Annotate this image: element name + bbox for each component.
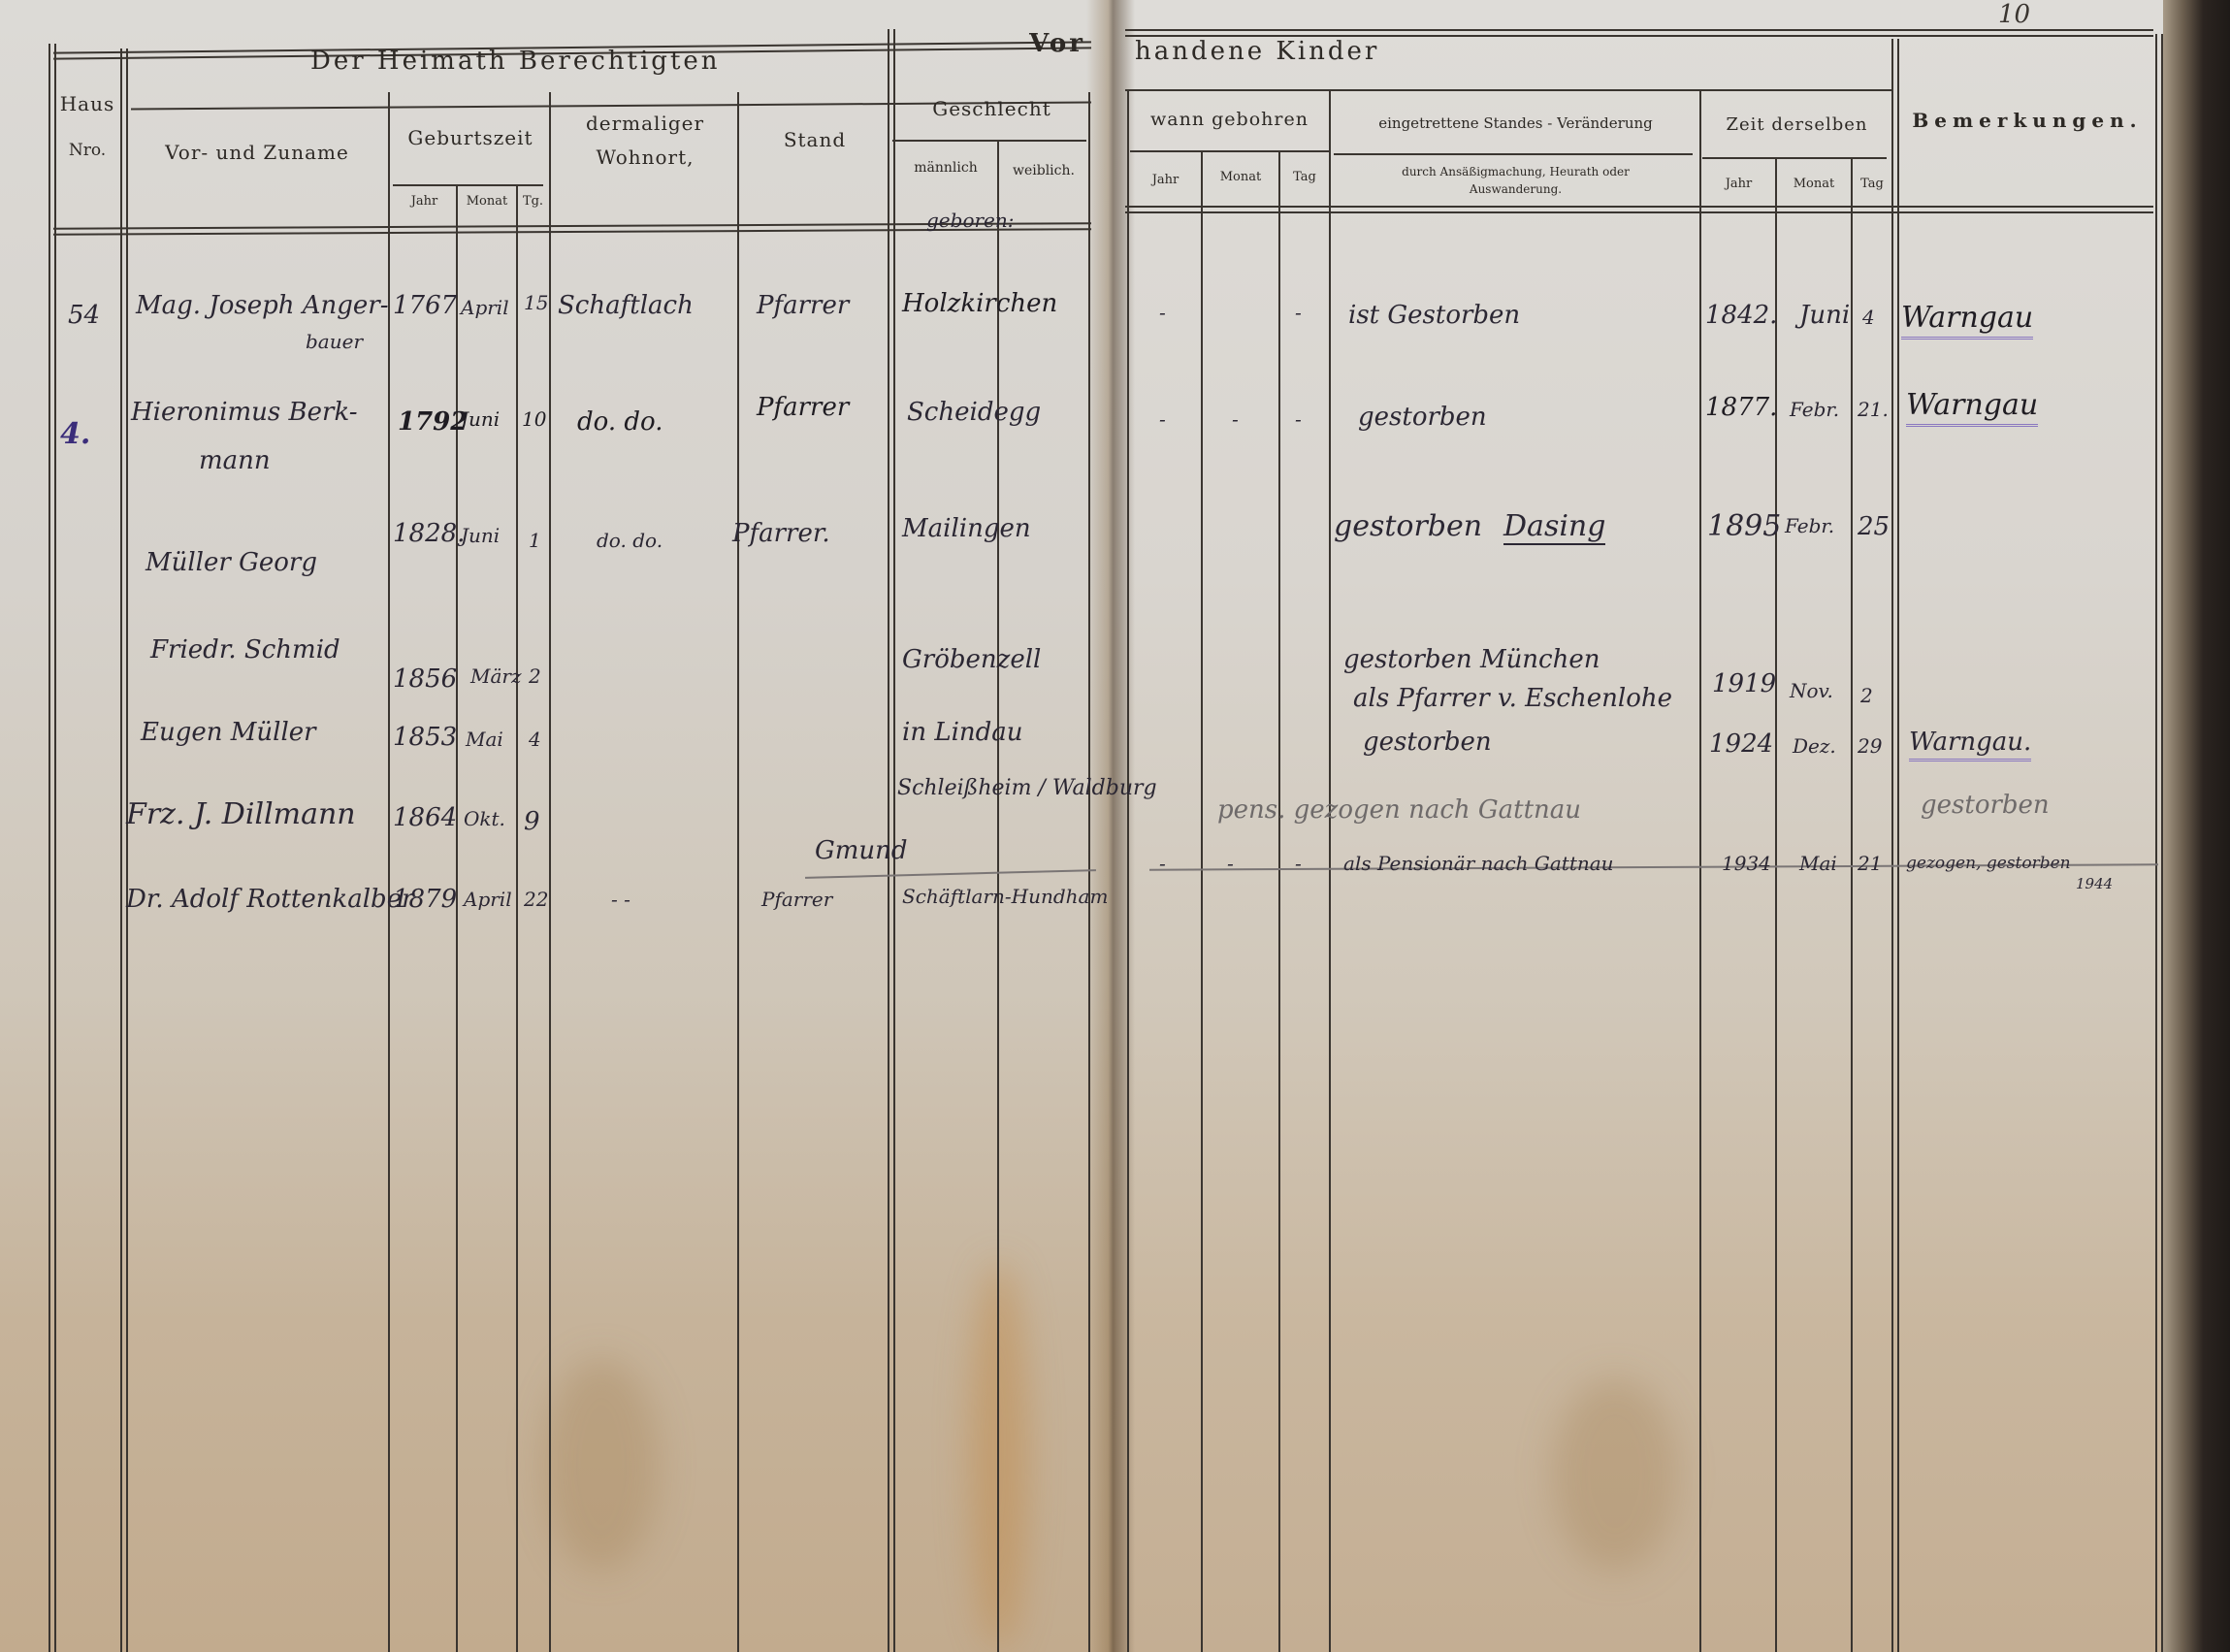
cell-name: Frz. J. Dillmann xyxy=(126,797,356,831)
cell-jahr: 1767 xyxy=(393,291,457,320)
header-haus: Haus xyxy=(53,92,121,115)
rule-v-tag xyxy=(549,92,551,1652)
rule-v-wg-monat xyxy=(1278,150,1280,1652)
cell-veraenderung: gestorben xyxy=(1358,403,1487,432)
header-geb-jahr: Jahr xyxy=(393,194,456,209)
cell-tag: 1 xyxy=(529,529,541,552)
rule-v-wohnort xyxy=(737,92,739,1652)
cell-veraenderung: gestorben xyxy=(1334,509,1482,543)
cell-monat: Mai xyxy=(466,728,503,751)
header-weiblich: weiblich. xyxy=(999,163,1088,178)
cell-bemerkung: gestorben xyxy=(1921,791,2050,820)
stain xyxy=(970,1261,1028,1649)
header-stand: Stand xyxy=(742,128,888,151)
rule-v-veraenderung xyxy=(1699,89,1701,1652)
cell-tag: 22 xyxy=(524,888,548,911)
cell-zeit-tag: 2 xyxy=(1860,684,1873,707)
header-zd-tag: Tag xyxy=(1853,177,1891,191)
cell-jahr: 1879 xyxy=(393,885,457,914)
header-geb-monat: Monat xyxy=(458,194,516,209)
rule-v-right-border xyxy=(1127,89,1129,1652)
header-zd-jahr: Jahr xyxy=(1702,177,1775,191)
cell-stand: Pfarrer xyxy=(761,888,832,911)
cell-wann-monat: - xyxy=(1227,852,1234,875)
cell-haus-nro: 4. xyxy=(60,417,90,451)
header-geschlecht: Geschlecht xyxy=(897,97,1086,120)
cell-monat: Juni xyxy=(461,407,500,431)
rule-wann xyxy=(1130,150,1329,152)
cell-stand: Pfarrer xyxy=(757,393,849,422)
cell-wann-tag: - xyxy=(1295,852,1302,875)
rule-v-zd-jahr xyxy=(1775,157,1777,1652)
cell-wann-monat: - xyxy=(1232,407,1239,431)
cell-name: Eugen Müller xyxy=(141,718,316,747)
header-standes-veraenderung: eingetrettene Standes - Veränderung xyxy=(1334,114,1697,132)
header-nro: Nro. xyxy=(53,141,121,160)
cell-stand: Pfarrer. xyxy=(732,519,830,548)
cell-tag: 10 xyxy=(522,407,546,431)
cell-veraenderung-line2: als Pfarrer v. Eschenlohe xyxy=(1353,684,1672,713)
header-wann-gebohren: wann gebohren xyxy=(1130,109,1329,130)
cell-geschlecht: Schleißheim / Waldburg xyxy=(897,776,1157,800)
cell-haus-nro: 54 xyxy=(68,301,100,330)
rule-v-border-left xyxy=(48,44,50,1652)
cell-jahr: 1864 xyxy=(393,803,457,832)
cell-wann-jahr: - xyxy=(1159,301,1166,324)
rule-zeit xyxy=(1702,157,1887,159)
cell-name-line2: mann xyxy=(199,446,271,475)
cell-zeit-jahr: 1924 xyxy=(1709,729,1773,759)
cell-geschlecht: Holzkirchen xyxy=(902,289,1057,318)
rule-v-jahr xyxy=(456,184,458,1652)
cell-zeit-jahr: 1934 xyxy=(1722,852,1771,875)
cell-jahr: 1856 xyxy=(393,664,457,694)
header-name: Vor- und Zuname xyxy=(126,141,388,164)
cell-monat: April xyxy=(461,296,509,319)
rule-v-weiblich xyxy=(1088,92,1090,1652)
stain xyxy=(1552,1377,1678,1571)
book-right-edge xyxy=(2163,0,2230,1652)
rule-top-right xyxy=(1125,29,2153,31)
cell-tag: 4 xyxy=(529,728,541,751)
cell-zeit-jahr: 1877. xyxy=(1705,393,1777,422)
header-geb-tag: Tg. xyxy=(517,194,549,209)
cell-wann-jahr: - xyxy=(1159,852,1166,875)
cell-zeit-monat: Febr. xyxy=(1790,398,1839,421)
cell-name: Hieronimus Berk- xyxy=(131,398,358,427)
rule-v-name xyxy=(388,92,390,1652)
cell-name: Dr. Adolf Rottenkalber xyxy=(126,885,414,914)
cell-geschlecht: Scheidegg xyxy=(907,398,1041,427)
cell-tag: 15 xyxy=(524,291,548,314)
cell-zeit-jahr: 1895 xyxy=(1707,509,1781,543)
header-handene-kinder: handene Kinder xyxy=(1135,37,1348,66)
rule-geschlecht xyxy=(892,140,1086,142)
cell-wohnort: do. do. xyxy=(597,529,663,552)
header-auswanderung: Auswanderung. xyxy=(1334,182,1697,196)
rule-v-haus xyxy=(120,49,122,1652)
header-dermaliger: dermaliger xyxy=(553,112,737,135)
cell-veraenderung-line1: gestorben München xyxy=(1343,645,1600,674)
cell-zeit-jahr: 1842. xyxy=(1705,301,1777,330)
cell-zeit-monat: Febr. xyxy=(1785,514,1834,537)
cell-geschlecht: Schäftlarn-Hundham xyxy=(902,885,1108,908)
stain xyxy=(543,1358,660,1571)
cell-geschlecht: Mailingen xyxy=(902,514,1031,543)
cell-stand: Gmund xyxy=(815,836,908,865)
page-number: 10 xyxy=(1998,0,2030,29)
cell-zeit-tag: 21. xyxy=(1858,398,1889,421)
cell-name: Müller Georg xyxy=(145,548,317,577)
header-zeit-derselben: Zeit derselben xyxy=(1702,114,1891,135)
header-wg-monat: Monat xyxy=(1203,170,1278,184)
cell-jahr: 1853 xyxy=(393,723,457,752)
rule-v-zd-monat xyxy=(1851,157,1853,1652)
cell-wann-tag: - xyxy=(1295,407,1302,431)
cell-tag: 2 xyxy=(529,664,541,688)
cell-monat: Okt. xyxy=(464,807,505,830)
header-wohnort: Wohnort, xyxy=(553,146,737,169)
cell-monat: März xyxy=(470,664,522,688)
cell-name: Friedr. Schmid xyxy=(150,635,340,664)
rule-v-wg-tag xyxy=(1329,89,1331,1652)
cell-wohnort: do. do. xyxy=(577,407,663,437)
cell-name: Mag. Joseph Anger- xyxy=(136,291,389,320)
cell-bemerkung: gezogen, gestorben xyxy=(1906,854,2071,873)
rule-geburtszeit xyxy=(393,184,543,186)
rule-v-border-right xyxy=(2155,34,2157,1652)
cell-geschlecht: in Lindau xyxy=(902,718,1023,747)
header-maennlich: männlich xyxy=(897,160,994,176)
cell-geschlecht: Gröbenzell xyxy=(902,645,1041,674)
cell-name-line2: bauer xyxy=(306,330,363,353)
header-wg-tag: Tag xyxy=(1280,170,1329,184)
rule-subheader-right xyxy=(1125,89,1891,91)
cell-veraenderung: pens. gezogen nach Gattnau xyxy=(1217,795,1581,825)
cell-zeit-tag: 4 xyxy=(1862,306,1875,329)
rule-veraenderung xyxy=(1334,153,1693,155)
cell-zeit-monat: Juni xyxy=(1799,301,1850,330)
cell-zeit-jahr: 1919 xyxy=(1712,669,1776,698)
cell-bemerkung-year: 1944 xyxy=(2076,875,2113,892)
header-durch: durch Ansäßigmachung, Heurath oder xyxy=(1334,165,1697,178)
cell-tag: 9 xyxy=(524,807,540,836)
cell-jahr: 1792 xyxy=(398,407,468,437)
cell-zeit-tag: 21 xyxy=(1858,852,1882,875)
cell-veraenderung: gestorben xyxy=(1363,728,1492,757)
cell-bemerkung: Warngau. xyxy=(1909,728,2031,761)
header-heimath-berechtigten: Der Heimath Berechtigten xyxy=(310,47,698,76)
cell-zeit-tag: 25 xyxy=(1858,512,1890,541)
header-zd-monat: Monat xyxy=(1777,177,1851,191)
cell-zeit-monat: Dez. xyxy=(1793,734,1836,758)
cell-wohnort: - - xyxy=(611,888,630,911)
header-wg-jahr: Jahr xyxy=(1130,173,1201,187)
cell-veraenderung: als Pensionär nach Gattnau xyxy=(1343,852,1614,875)
header-vor: Vor xyxy=(1009,29,1106,58)
cell-wann-tag: - xyxy=(1295,301,1302,324)
cell-wann-jahr: - xyxy=(1159,407,1166,431)
rule-v-wg-jahr xyxy=(1201,150,1203,1652)
cell-bemerkung: Warngau xyxy=(1901,301,2033,340)
cell-jahr: 1828. xyxy=(393,519,465,548)
cell-wohnort: Schaftlach xyxy=(558,291,694,320)
cell-veraenderung-place: Dasing xyxy=(1503,509,1605,545)
cell-monat: April xyxy=(464,888,512,911)
rule-v-zeit xyxy=(1891,39,1893,1652)
cell-stand: Pfarrer xyxy=(757,291,849,320)
cell-zeit-tag: 29 xyxy=(1858,734,1882,758)
header-geburtszeit: Geburtszeit xyxy=(393,126,548,149)
header-bemerkungen: Bemerkungen. xyxy=(1901,109,2153,132)
annotation-geboren: geboren: xyxy=(926,209,1015,232)
cell-zeit-monat: Nov. xyxy=(1790,679,1833,702)
rule-v-monat xyxy=(516,184,518,1652)
cell-zeit-monat: Mai xyxy=(1799,852,1837,875)
cell-monat: Juni xyxy=(461,524,500,547)
cell-veraenderung: ist Gestorben xyxy=(1348,301,1520,330)
cell-bemerkung: Warngau xyxy=(1906,388,2038,427)
